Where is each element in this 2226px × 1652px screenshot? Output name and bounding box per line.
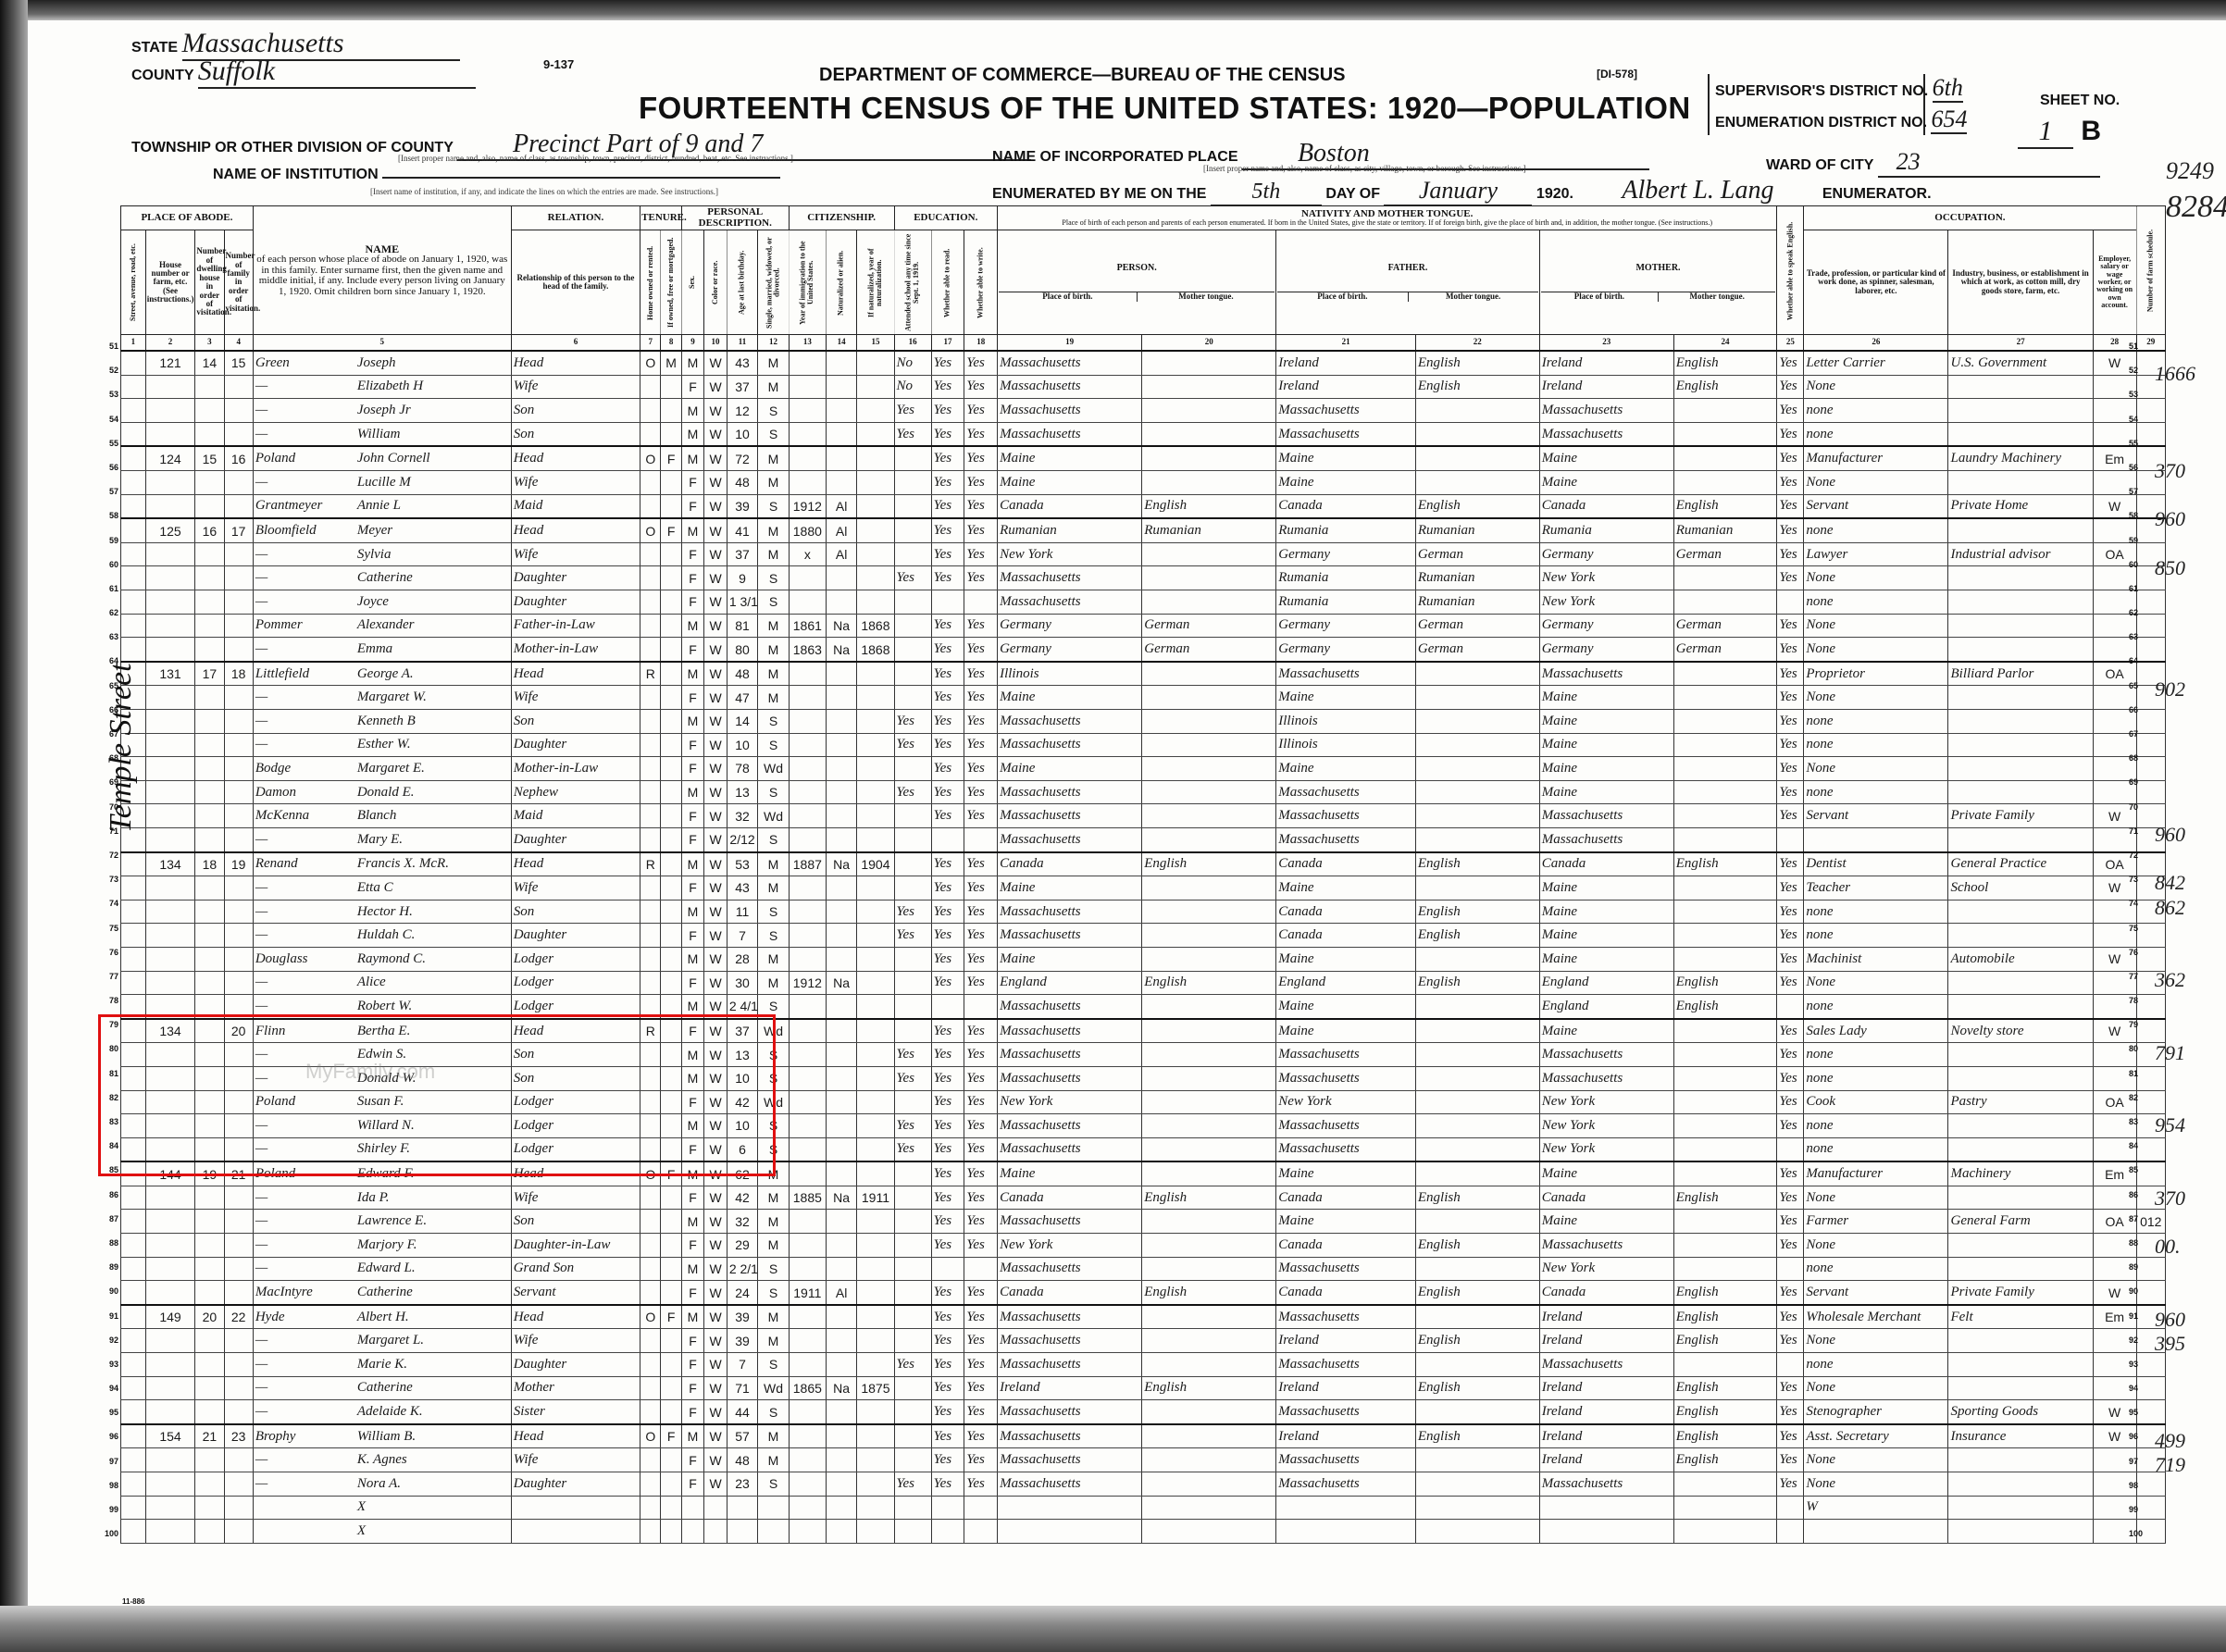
cell-age: 37 [727,375,757,399]
institution-value [382,177,780,179]
cell-name: —Marie K. [253,1353,511,1377]
cell-nat [826,1424,856,1448]
cell-own [640,471,661,495]
census-row: —Joseph JrSonMW12SYesYesYesMassachusetts… [121,399,2166,423]
cell-bp: Massachusetts [998,924,1142,948]
cell-eng: Yes [1777,1472,1804,1497]
cell-read: Yes [931,566,964,590]
cell-mbp: Canada [1539,852,1673,876]
cell-fmt [1415,1520,1539,1544]
cell-age: 2/12 [727,827,757,851]
cell-family [224,947,253,971]
cell-family [224,1400,253,1424]
cell-eng [1777,827,1804,851]
cell-own: O [640,351,661,375]
cell-fmt [1415,1496,1539,1520]
given-name: Robert W. [357,999,412,1013]
cell-eng: Yes [1777,733,1804,757]
cell-age: 47 [727,686,757,710]
cell-family: 15 [224,351,253,375]
cell-house [145,710,195,734]
cell-mt [1142,422,1276,446]
cell-imm [789,924,826,948]
cell-school [894,1019,931,1043]
cell-age: 48 [727,471,757,495]
line-number: 97 [96,1457,118,1481]
cell-mmt [1673,1019,1777,1043]
line-number: 74 [2129,899,2149,923]
cell-fbp: Canada [1276,1186,1416,1210]
cell-marital: S [758,1043,789,1067]
cell-marital: S [758,1066,789,1090]
group-personal-description: PERSONAL DESCRIPTION. [681,206,789,230]
cell-street [121,1281,146,1305]
cell-marital: M [758,971,789,995]
cell-mt [1142,1210,1276,1234]
cell-street [121,542,146,566]
line-number: 78 [2129,996,2149,1020]
cell-nat [826,1472,856,1497]
cell-mbp: New York [1539,1257,1673,1281]
cell-nat [826,733,856,757]
given-name: Catherine [357,570,413,585]
form-id: [DI-578] [1597,68,1637,81]
cell-dwelling [195,1114,224,1138]
cell-school [894,1257,931,1281]
cell-fbp: Ireland [1276,351,1416,375]
cell-marital: M [758,1448,789,1472]
given-name: Francis X. McR. [357,856,449,871]
cell-mmt [1673,1520,1777,1544]
cell-family [224,971,253,995]
cell-ind [1948,827,2093,851]
cell-read: Yes [931,1424,964,1448]
cell-race: W [704,971,727,995]
cell-mt [1142,446,1276,470]
cell-school: Yes [894,399,931,423]
cell-fmt: English [1415,494,1539,518]
line-number: 70 [2129,802,2149,826]
cell-marital: M [758,614,789,638]
cell-marital: Wd [758,1090,789,1114]
cell-occ: none [1804,733,1948,757]
cell-nat [826,1400,856,1424]
surname: — [255,570,357,586]
given-name: Emma [357,641,392,656]
cell-mort [661,1066,681,1090]
cell-mmt: German [1673,614,1777,638]
cell-mmt: English [1673,1281,1777,1305]
cell-school: Yes [894,566,931,590]
cell-mort [661,1234,681,1258]
sheet-number: 1 B [2018,116,2101,149]
cell-nat [826,1353,856,1377]
cell-eng: Yes [1777,757,1804,781]
line-number: 96 [96,1432,118,1456]
cell-mort [661,1400,681,1424]
cell-street [121,494,146,518]
column-number-27: 27 [1948,335,2093,352]
cell-ind: School [1948,876,2093,901]
cell-mbp: Maine [1539,876,1673,901]
cell-marital: S [758,1281,789,1305]
surname: Pommer [255,617,357,633]
cell-mmt: English [1673,375,1777,399]
cell-read [931,1257,964,1281]
cell-read: Yes [931,1400,964,1424]
line-number: 72 [96,851,118,875]
cell-mmt [1673,1090,1777,1114]
cell-dwelling [195,399,224,423]
cell-street [121,1234,146,1258]
surname: Renand [255,856,357,872]
cell-mbp: New York [1539,590,1673,615]
cell-school [894,1161,931,1186]
cell-fbp: Maine [1276,1161,1416,1186]
scan-border-top [0,0,2226,20]
surname: — [255,1452,357,1468]
cell-occ: none [1804,590,1948,615]
cell-nat [826,351,856,375]
cell-bp: Massachusetts [998,900,1142,924]
given-name: Huldah C. [357,927,416,942]
given-name: X [357,1523,366,1538]
cell-marital: Wd [758,804,789,828]
cell-name: X [253,1496,511,1520]
cell-age: 1 3/12 [727,590,757,615]
cell-race: W [704,566,727,590]
surname: — [255,714,357,729]
enumeration-date-field: ENUMERATED BY ME ON THE 5th DAY OF Janua… [992,176,1932,207]
cell-natyr [857,1353,894,1377]
column-number-12: 12 [758,335,789,352]
given-name: Sylvia [357,547,392,562]
cell-natyr [857,1161,894,1186]
line-number: 77 [2129,972,2149,996]
cell-fmt [1415,710,1539,734]
cell-write: Yes [964,876,998,901]
cell-occ: none [1804,1114,1948,1138]
cell-write: Yes [964,542,998,566]
cell-natyr [857,422,894,446]
cell-own [640,780,661,804]
cell-age: 42 [727,1186,757,1210]
cell-bp: Maine [998,686,1142,710]
cell-mort: F [661,518,681,542]
cell-house: 154 [145,1424,195,1448]
cell-mort [661,1281,681,1305]
cell-bp: Massachusetts [998,1137,1142,1161]
cell-natyr [857,1496,894,1520]
cell-bp: Rumanian [998,518,1142,542]
cell-school: Yes [894,422,931,446]
cell-marital: Wd [758,757,789,781]
column-number-14: 14 [826,335,856,352]
cell-own [640,542,661,566]
cell-sex: M [681,1114,704,1138]
cell-mt [1142,1019,1276,1043]
cell-dwelling: 20 [195,1305,224,1329]
line-number: 56 [96,463,118,487]
column-number-row: 1234567891011121314151617181920212223242… [121,335,2166,352]
cell-write: Yes [964,1400,998,1424]
cell-family [224,399,253,423]
cell-relation: Mother-in-Law [511,757,640,781]
cell-sex: M [681,662,704,686]
form-number: 9-137 [543,57,574,71]
cell-school [894,518,931,542]
cell-fmt: German [1415,542,1539,566]
cell-dwelling: 21 [195,1424,224,1448]
cell-dwelling [195,780,224,804]
cell-family [224,542,253,566]
cell-race: W [704,614,727,638]
cell-family: 18 [224,662,253,686]
cell-fmt [1415,471,1539,495]
cell-write: Yes [964,1186,998,1210]
census-row: 1441921PolandEdward F.HeadOFMW62MYesYesM… [121,1161,2166,1186]
cell-natyr [857,399,894,423]
cell-school [894,1305,931,1329]
cell-fbp: Rumania [1276,566,1416,590]
cell-house [145,995,195,1019]
cell-natyr [857,1019,894,1043]
cell-ind: Automobile [1948,947,2093,971]
line-number: 63 [96,632,118,656]
line-number: 65 [2129,681,2149,705]
header-col-27: Industry, business, or establishment in … [1948,230,2093,335]
cell-mbp: Maine [1539,780,1673,804]
cell-relation: Grand Son [511,1257,640,1281]
cell-sex: F [681,1281,704,1305]
cell-nat [826,1137,856,1161]
cell-relation: Lodger [511,947,640,971]
column-number-18: 18 [964,335,998,352]
cell-eng: Yes [1777,1376,1804,1400]
cell-occ: none [1804,1257,1948,1281]
cell-fmt [1415,1043,1539,1067]
cell-ind [1948,1066,2093,1090]
surname: Flinn [255,1024,357,1039]
header-col-10: Color or race. [704,230,727,335]
census-row: —Nora A.DaughterFW23SYesYesYesMassachuse… [121,1472,2166,1497]
cell-relation: Wife [511,876,640,901]
cell-mbp: Ireland [1539,351,1673,375]
cell-ind: Machinery [1948,1161,2093,1186]
cell-occ: Sales Lady [1804,1019,1948,1043]
cell-bp: Massachusetts [998,1329,1142,1353]
cell-mmt [1673,780,1777,804]
cell-mmt [1673,733,1777,757]
cell-sex: M [681,422,704,446]
cell-marital: M [758,471,789,495]
cell-race: W [704,1424,727,1448]
cell-fmt [1415,1210,1539,1234]
cell-natyr [857,733,894,757]
census-row: —CatherineMotherFW71Wd1865Na1875YesYesIr… [121,1376,2166,1400]
cell-school [894,1376,931,1400]
cell-occ: None [1804,638,1948,662]
cell-school [894,1186,931,1210]
cell-relation [511,1496,640,1520]
cell-bp: Massachusetts [998,710,1142,734]
cell-natyr [857,780,894,804]
cell-family [224,1066,253,1090]
cell-street [121,1257,146,1281]
cell-mt [1142,399,1276,423]
cell-mort [661,614,681,638]
cell-age: 29 [727,1234,757,1258]
cell-race: W [704,471,727,495]
surname: Bloomfield [255,523,357,539]
cell-eng: Yes [1777,1019,1804,1043]
cell-family [224,1186,253,1210]
cell-eng: Yes [1777,471,1804,495]
cell-occ: Teacher [1804,876,1948,901]
census-row: 1311718LittlefieldGeorge A.HeadRMW48MYes… [121,662,2166,686]
cell-ind [1948,1376,2093,1400]
cell-bp: Massachusetts [998,566,1142,590]
ward-field: WARD OF CITY 23 [1766,148,2100,178]
cell-street [121,1090,146,1114]
cell-name: —Edward L. [253,1257,511,1281]
line-number: 52 [96,366,118,390]
cell-name: —Kenneth B [253,710,511,734]
given-name: Lucille M [357,475,411,490]
cell-mbp: Massachusetts [1539,1353,1673,1377]
cell-occ: None [1804,566,1948,590]
cell-own: R [640,852,661,876]
cell-mmt [1673,399,1777,423]
cell-name: PolandSusan F. [253,1090,511,1114]
cell-ind: Sporting Goods [1948,1400,2093,1424]
cell-dwelling [195,1496,224,1520]
cell-mort [661,638,681,662]
cell-house [145,542,195,566]
census-row: PommerAlexanderFather-in-LawMW81M1861Na1… [121,614,2166,638]
cell-sex: F [681,638,704,662]
cell-race: W [704,757,727,781]
cell-fbp: Ireland [1276,1424,1416,1448]
cell-natyr [857,1114,894,1138]
cell-street [121,852,146,876]
cell-street [121,590,146,615]
cell-age: 81 [727,614,757,638]
cell-fmt: Rumanian [1415,518,1539,542]
cell-mort [661,947,681,971]
cell-own [640,1376,661,1400]
cell-mort [661,900,681,924]
cell-mort [661,995,681,1019]
cell-mt [1142,947,1276,971]
cell-mort [661,733,681,757]
cell-relation: Head [511,1019,640,1043]
cell-mbp: Canada [1539,1281,1673,1305]
cell-occ: Servant [1804,494,1948,518]
cell-read: Yes [931,971,964,995]
cell-own [640,995,661,1019]
cell-ind [1948,686,2093,710]
cell-house [145,804,195,828]
cell-eng: Yes [1777,924,1804,948]
cell-natyr [857,827,894,851]
line-number: 96 [2129,1432,2149,1456]
cell-fbp: Massachusetts [1276,1472,1416,1497]
census-row: McKennaBlanchMaidFW32WdYesYesMassachuset… [121,804,2166,828]
cell-street [121,446,146,470]
subgroup-father: FATHER.Place of birth.Mother tongue. [1276,230,1539,335]
cell-write: Yes [964,710,998,734]
cell-marital: M [758,662,789,686]
cell-occ: Wholesale Merchant [1804,1305,1948,1329]
cell-read: Yes [931,1161,964,1186]
cell-fmt [1415,733,1539,757]
line-number: 61 [96,584,118,608]
cell-race: W [704,1043,727,1067]
cell-family [224,1281,253,1305]
line-number: 90 [96,1286,118,1310]
cell-mbp: Maine [1539,924,1673,948]
census-row: —Edward L.Grand SonMW2 2/12SMassachusett… [121,1257,2166,1281]
column-number-16: 16 [894,335,931,352]
cell-street [121,971,146,995]
header-col-6: Relationship of this person to the head … [511,230,640,335]
cell-sex: F [681,1019,704,1043]
cell-bp: Maine [998,446,1142,470]
cell-occ: Dentist [1804,852,1948,876]
cell-age: 48 [727,1448,757,1472]
cell-natyr [857,1066,894,1090]
cell-house [145,1210,195,1234]
cell-eng: Yes [1777,446,1804,470]
cell-marital: S [758,1114,789,1138]
cell-imm [789,1257,826,1281]
cell-fbp: Rumania [1276,518,1416,542]
cell-sex: F [681,686,704,710]
column-number-26: 26 [1804,335,1948,352]
cell-mbp: Maine [1539,1161,1673,1186]
cell-read: Yes [931,494,964,518]
cell-ind [1948,614,2093,638]
cell-sex: F [681,1376,704,1400]
line-number: 58 [96,511,118,535]
cell-race: W [704,590,727,615]
census-row: MacIntyreCatherineServantFW24S1911AlYesY… [121,1281,2166,1305]
cell-dwelling: 18 [195,852,224,876]
line-number: 100 [2129,1529,2149,1553]
cell-mt [1142,662,1276,686]
cell-school [894,1448,931,1472]
cell-bp: Massachusetts [998,1353,1142,1377]
cell-family: 21 [224,1161,253,1186]
cell-fbp: Rumania [1276,590,1416,615]
cell-family [224,1520,253,1544]
cell-nat: Na [826,852,856,876]
cell-race: W [704,1376,727,1400]
cell-ind: Private Family [1948,1281,2093,1305]
cell-eng [1777,1137,1804,1161]
institution-note: [Insert name of institution, if any, and… [370,187,718,196]
cell-dwelling [195,1329,224,1353]
cell-eng: Yes [1777,1424,1804,1448]
surname: — [255,547,357,563]
cell-race: W [704,399,727,423]
line-number: 53 [96,390,118,414]
census-row: 1492022HydeAlbert H.HeadOFMW39MYesYesMas… [121,1305,2166,1329]
cell-fmt: German [1415,614,1539,638]
cell-race: W [704,422,727,446]
cell-marital: M [758,1305,789,1329]
